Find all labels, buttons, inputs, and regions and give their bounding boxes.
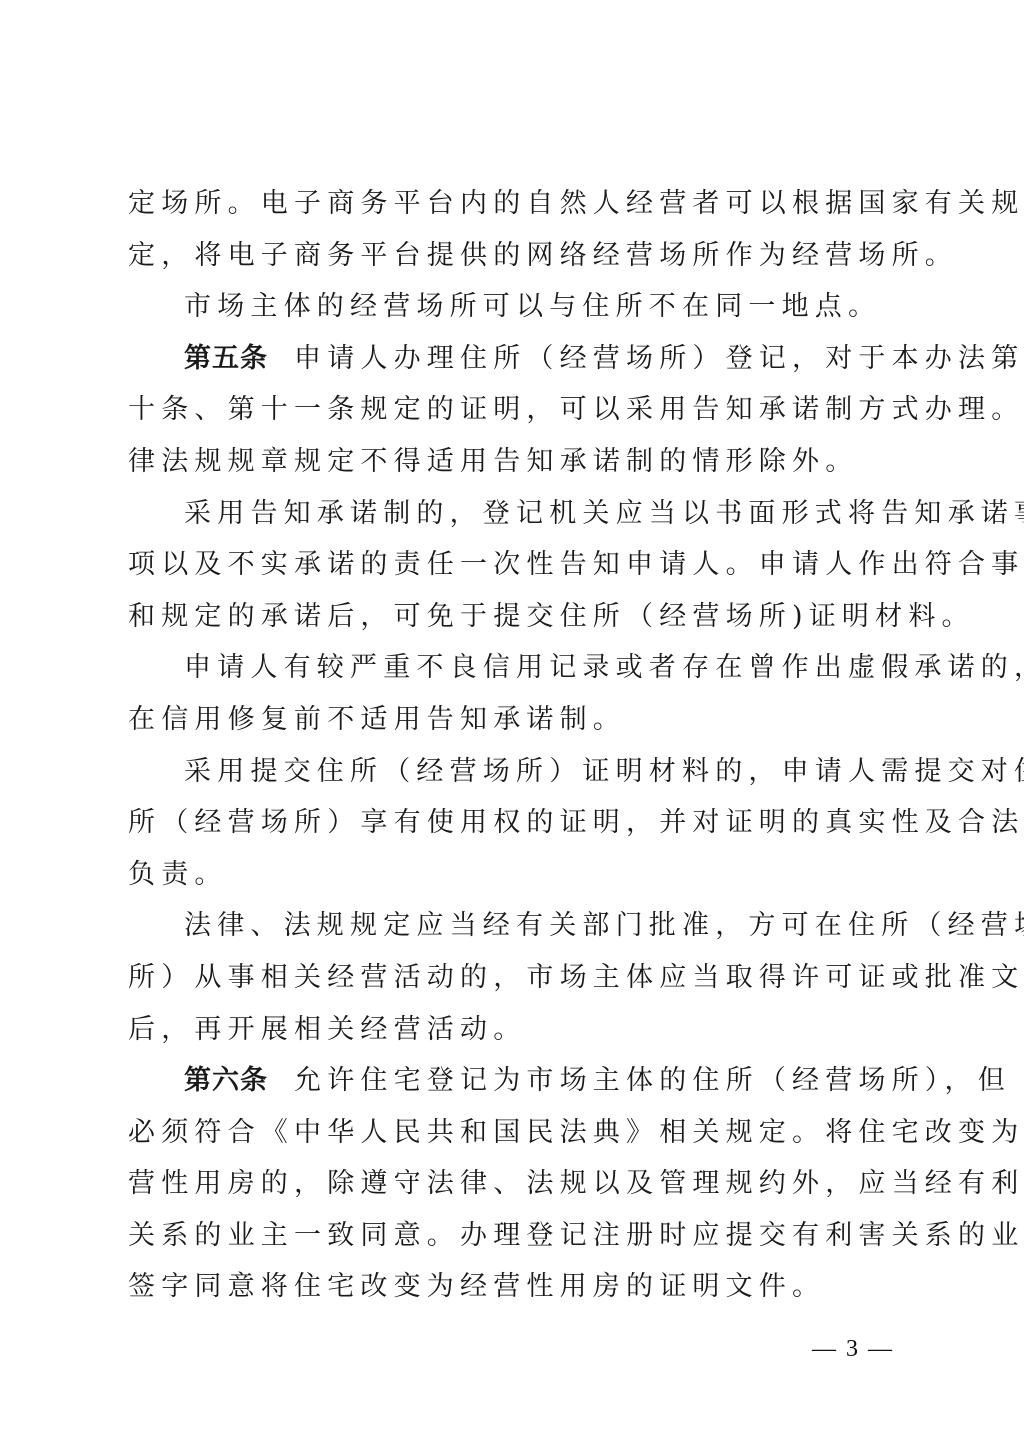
line-text: 律法规规章规定不得适用告知承诺制的情形除外。 [128,446,858,477]
text-line: 定场所。电子商务平台内的自然人经营者可以根据国家有关规 [128,178,898,230]
line-text: 营性用房的，除遵守法律、法规以及管理规约外，应当经有利害 [128,1168,1024,1199]
line-text: 签字同意将住宅改变为经营性用房的证明文件。 [128,1271,825,1302]
text-line: 所（经营场所）享有使用权的证明，并对证明的真实性及合法性 [128,797,898,849]
article-number: 第五条 [184,343,268,374]
text-line: 十条、第十一条规定的证明，可以采用告知承诺制方式办理。法 [128,384,898,436]
line-text: 所（经营场所）享有使用权的证明，并对证明的真实性及合法性 [128,807,1024,838]
text-line: 关系的业主一致同意。办理登记注册时应提交有利害关系的业主 [128,1210,898,1262]
line-text: 定，将电子商务平台提供的网络经营场所作为经营场所。 [128,240,958,271]
text-line: 项以及不实承诺的责任一次性告知申请人。申请人作出符合事实 [128,539,898,591]
text-line: 必须符合《中华人民共和国民法典》相关规定。将住宅改变为经 [128,1107,898,1159]
text-line: 律法规规章规定不得适用告知承诺制的情形除外。 [128,436,898,488]
article-number: 第六条 [184,1065,268,1096]
text-line: 在信用修复前不适用告知承诺制。 [128,694,898,746]
text-line: 和规定的承诺后，可免于提交住所（经营场所)证明材料。 [128,591,898,643]
line-text: 负责。 [128,859,228,890]
line-text: 必须符合《中华人民共和国民法典》相关规定。将住宅改变为经 [128,1117,1024,1148]
text-line: 申请人有较严重不良信用记录或者存在曾作出虚假承诺的， [128,642,898,694]
line-text: 关系的业主一致同意。办理登记注册时应提交有利害关系的业主 [128,1220,1024,1251]
text-line: 市场主体的经营场所可以与住所不在同一地点。 [128,281,898,333]
line-text: 十条、第十一条规定的证明，可以采用告知承诺制方式办理。法 [128,394,1024,425]
document-page: 定场所。电子商务平台内的自然人经营者可以根据国家有关规 定，将电子商务平台提供的… [0,0,1024,1448]
line-text: 和规定的承诺后，可免于提交住所（经营场所)证明材料。 [128,601,975,632]
line-text: 申请人办理住所（经营场所）登记，对于本办法第 [294,343,1024,374]
text-line: 后，再开展相关经营活动。 [128,1004,898,1056]
line-text: 定场所。电子商务平台内的自然人经营者可以根据国家有关规 [128,188,1024,219]
article-5-heading-line: 第五条申请人办理住所（经营场所）登记，对于本办法第 [128,333,898,385]
page-number: — 3 — [812,1336,894,1363]
line-text: 采用提交住所（经营场所）证明材料的，申请人需提交对住 [184,756,1024,787]
article-6-heading-line: 第六条允许住宅登记为市场主体的住所（经营场所），但 [128,1055,898,1107]
text-line: 采用告知承诺制的，登记机关应当以书面形式将告知承诺事 [128,488,898,540]
line-text: 项以及不实承诺的责任一次性告知申请人。申请人作出符合事实 [128,549,1024,580]
line-text: 所）从事相关经营活动的，市场主体应当取得许可证或批准文件 [128,962,1024,993]
text-line: 定，将电子商务平台提供的网络经营场所作为经营场所。 [128,230,898,282]
line-text: 允许住宅登记为市场主体的住所（经营场所），但 [294,1065,1011,1096]
line-text: 市场主体的经营场所可以与住所不在同一地点。 [184,291,881,322]
line-text: 法律、法规规定应当经有关部门批准，方可在住所（经营场 [184,910,1024,941]
text-line: 负责。 [128,849,898,901]
text-line: 法律、法规规定应当经有关部门批准，方可在住所（经营场 [128,900,898,952]
line-text: 采用告知承诺制的，登记机关应当以书面形式将告知承诺事 [184,498,1024,529]
line-text: 申请人有较严重不良信用记录或者存在曾作出虚假承诺的， [184,652,1024,683]
text-line: 营性用房的，除遵守法律、法规以及管理规约外，应当经有利害 [128,1158,898,1210]
line-text: 后，再开展相关经营活动。 [128,1014,526,1045]
text-line: 签字同意将住宅改变为经营性用房的证明文件。 [128,1261,898,1313]
document-body: 定场所。电子商务平台内的自然人经营者可以根据国家有关规 定，将电子商务平台提供的… [128,178,898,1313]
line-text: 在信用修复前不适用告知承诺制。 [128,704,626,735]
text-line: 采用提交住所（经营场所）证明材料的，申请人需提交对住 [128,746,898,798]
text-line: 所）从事相关经营活动的，市场主体应当取得许可证或批准文件 [128,952,898,1004]
